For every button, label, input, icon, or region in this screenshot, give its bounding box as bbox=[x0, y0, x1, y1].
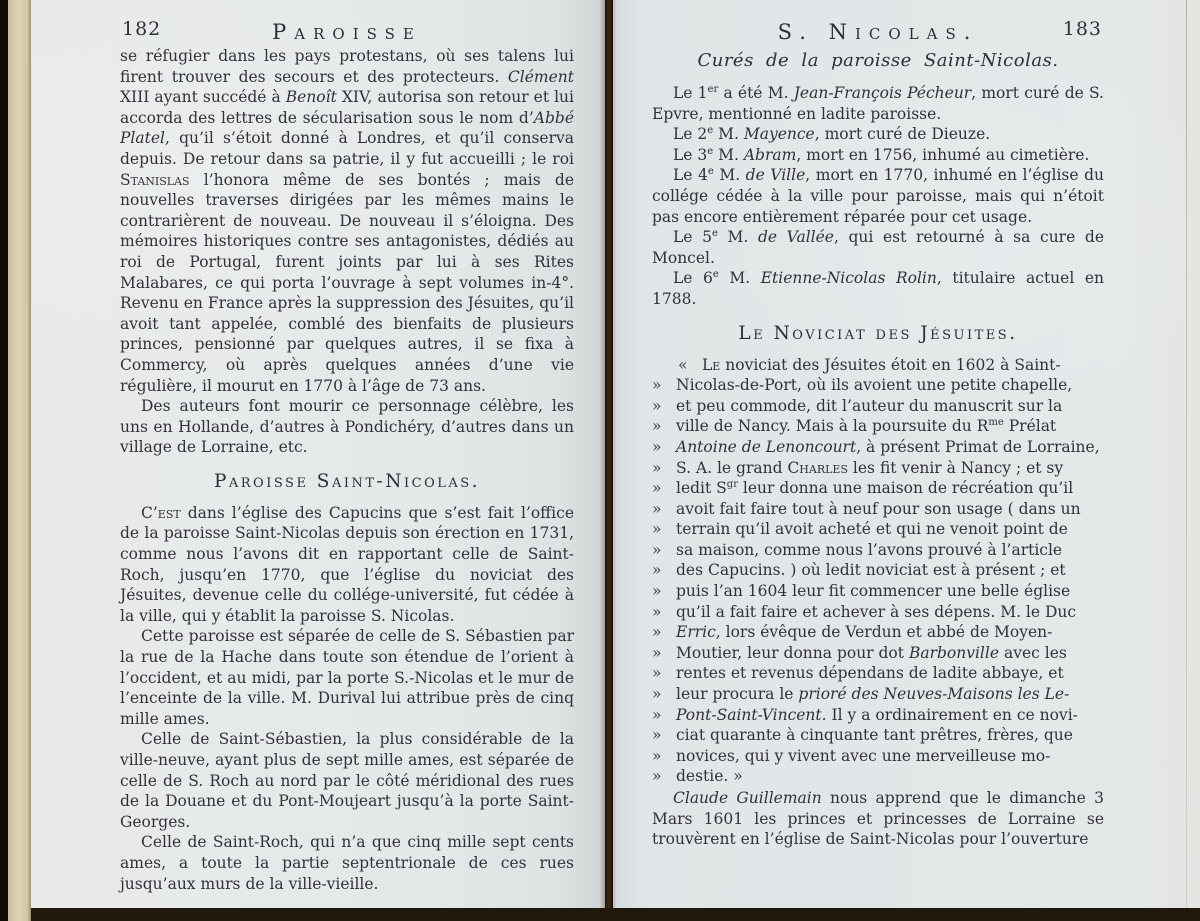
quote-line: »rentes et revenus dépendans de ladite a… bbox=[652, 663, 1104, 684]
right-running-title: S. Nicolas. bbox=[652, 20, 1104, 44]
guillemet-mark: » bbox=[652, 416, 676, 437]
right-page-header: S. Nicolas. 183 bbox=[652, 0, 1104, 46]
left-body-top: se réfugier dans les pays protestans, où… bbox=[120, 46, 574, 458]
quote-line: «Le noviciat des Jésuites étoit en 1602 … bbox=[652, 355, 1104, 376]
quote-line: »leur procura le prioré des Neuves-Maiso… bbox=[652, 684, 1104, 705]
guillemet-mark: » bbox=[652, 581, 676, 602]
quote-line: »avoit fait faire tout à neuf pour son u… bbox=[652, 499, 1104, 520]
paragraph: C’est dans l’église des Capucins que s’e… bbox=[120, 503, 574, 627]
quote-line-text: Erric, lors évêque de Verdun et abbé de … bbox=[676, 622, 1104, 643]
paragraph: se réfugier dans les pays protestans, où… bbox=[120, 46, 574, 396]
quote-line-text: ledit Sgr leur donna une maison de récré… bbox=[676, 478, 1104, 499]
paragraph: Cette paroisse est séparée de celle de S… bbox=[120, 626, 574, 729]
book-bottom-edge bbox=[8, 908, 1200, 921]
quote-line-text: qu’il a fait faire et achever à ses dépe… bbox=[676, 602, 1104, 623]
guillemet-mark: » bbox=[652, 478, 676, 499]
quote-line: »Antoine de Lenoncourt, à présent Primat… bbox=[652, 437, 1104, 458]
guillemet-mark: » bbox=[652, 396, 676, 417]
paragraph: Claude Guillemain nous apprend que le di… bbox=[652, 788, 1104, 850]
guillemet-mark: » bbox=[652, 622, 676, 643]
paragraph: Le 2e M. Mayence, mort curé de Dieuze. bbox=[652, 124, 1104, 145]
quote-line: »terrain qu’il avoit acheté et qui ne ve… bbox=[652, 519, 1104, 540]
left-running-title: Paroisse bbox=[120, 20, 574, 44]
quote-line-text: Le noviciat des Jésuites étoit en 1602 à… bbox=[702, 355, 1104, 376]
section-heading-noviciat-jesuites: Le Noviciat des Jésuites. bbox=[652, 323, 1104, 344]
quote-line-text: leur procura le prioré des Neuves-Maison… bbox=[676, 684, 1104, 705]
cures-list: Le 1er a été M. Jean-François Pécheur, m… bbox=[652, 83, 1104, 310]
quote-line: »destie. » bbox=[652, 766, 1104, 787]
quote-line-text: destie. » bbox=[676, 766, 1104, 787]
book-cover-edge bbox=[0, 0, 8, 921]
quote-line: »Erric, lors évêque de Verdun et abbé de… bbox=[652, 622, 1104, 643]
quote-line-text: Antoine de Lenoncourt, à présent Primat … bbox=[676, 437, 1104, 458]
guillemet-mark: » bbox=[652, 602, 676, 623]
paragraph: Le 1er a été M. Jean-François Pécheur, m… bbox=[652, 83, 1104, 124]
left-body-bottom: C’est dans l’église des Capucins que s’e… bbox=[120, 503, 574, 894]
guillemet-mark: » bbox=[652, 519, 676, 540]
guillemet-mark: » bbox=[652, 458, 676, 479]
paragraph: Celle de Saint-Roch, qui n’a que cinq mi… bbox=[120, 832, 574, 894]
quote-line-text: puis l’an 1604 leur fit commencer une be… bbox=[676, 581, 1104, 602]
left-page: 182 Paroisse se réfugier dans les pays p… bbox=[31, 0, 605, 908]
quote-line-text: rentes et revenus dépendans de ladite ab… bbox=[676, 663, 1104, 684]
guillemet-mark: » bbox=[652, 684, 676, 705]
quote-line: »S. A. le grand Charles les fit venir à … bbox=[652, 458, 1104, 479]
quote-line-text: et peu commode, dit l’auteur du manuscri… bbox=[676, 396, 1104, 417]
quote-line: »ville de Nancy. Mais à la poursuite du … bbox=[652, 416, 1104, 437]
quote-line: »novices, qui y vivent avec une merveill… bbox=[652, 746, 1104, 767]
guillemet-mark: » bbox=[652, 766, 676, 787]
guillemet-mark: » bbox=[652, 663, 676, 684]
quote-line-text: ciat quarante à cinquante tant prêtres, … bbox=[676, 725, 1104, 746]
quote-line: »puis l’an 1604 leur fit commencer une b… bbox=[652, 581, 1104, 602]
guillemet-mark: » bbox=[652, 705, 676, 726]
quote-line-text: terrain qu’il avoit acheté et qui ne ven… bbox=[676, 519, 1104, 540]
paragraph: Le 3e M. Abram, mort en 1756, inhumé au … bbox=[652, 145, 1104, 166]
quote-line: »ciat quarante à cinquante tant prêtres,… bbox=[652, 725, 1104, 746]
quote-line-text: Nicolas-de-Port, où ils avoient une peti… bbox=[676, 375, 1104, 396]
quote-line-text: S. A. le grand Charles les fit venir à N… bbox=[676, 458, 1104, 479]
quote-line: »des Capucins. ) où ledit noviciat est à… bbox=[652, 560, 1104, 581]
quote-line-text: avoit fait faire tout à neuf pour son us… bbox=[676, 499, 1104, 520]
quote-line-text: ville de Nancy. Mais à la poursuite du R… bbox=[676, 416, 1104, 437]
quote-line: »sa maison, comme nous l’avons prouvé à … bbox=[652, 540, 1104, 561]
guillemet-mark: » bbox=[652, 725, 676, 746]
right-page: S. Nicolas. 183 Curés de la paroisse Sai… bbox=[613, 0, 1200, 908]
guillemet-mark: » bbox=[652, 643, 676, 664]
quote-line-text: des Capucins. ) où ledit noviciat est à … bbox=[676, 560, 1104, 581]
guillemet-mark: » bbox=[652, 560, 676, 581]
quote-line: »Moutier, leur donna pour dot Barbonvill… bbox=[652, 643, 1104, 664]
paragraph: Celle de Saint-Sébastien, la plus consid… bbox=[120, 729, 574, 832]
guillemet-mark: » bbox=[652, 746, 676, 767]
paragraph: Le 5e M. de Vallée, qui est retourné à s… bbox=[652, 227, 1104, 268]
paragraph: Le 4e M. de Ville, mort en 1770, inhumé … bbox=[652, 165, 1104, 227]
cures-heading: Curés de la paroisse Saint-Nicolas. bbox=[652, 50, 1104, 71]
quote-line-text: novices, qui y vivent avec une merveille… bbox=[676, 746, 1104, 767]
guillemet-mark: » bbox=[652, 437, 676, 458]
quote-line-text: Pont-Saint-Vincent. Il y a ordinairement… bbox=[676, 705, 1104, 726]
guillemet-mark: » bbox=[652, 375, 676, 396]
guillemet-mark: » bbox=[652, 540, 676, 561]
left-page-header: 182 Paroisse bbox=[120, 0, 574, 46]
quote-line: »et peu commode, dit l’auteur du manuscr… bbox=[652, 396, 1104, 417]
paragraph: Le 6e M. Etienne-Nicolas Rolin, titulair… bbox=[652, 268, 1104, 309]
guillemet-mark: « bbox=[652, 355, 702, 376]
quote-line: »Nicolas-de-Port, où ils avoient une pet… bbox=[652, 375, 1104, 396]
right-page-text-column: S. Nicolas. 183 Curés de la paroisse Sai… bbox=[652, 0, 1104, 850]
noviciat-quote-block: «Le noviciat des Jésuites étoit en 1602 … bbox=[652, 355, 1104, 787]
quote-line: »Pont-Saint-Vincent. Il y a ordinairemen… bbox=[652, 705, 1104, 726]
left-page-number: 182 bbox=[122, 18, 161, 40]
left-page-text-column: 182 Paroisse se réfugier dans les pays p… bbox=[120, 0, 574, 894]
quote-line-text: sa maison, comme nous l’avons prouvé à l… bbox=[676, 540, 1104, 561]
quote-line: »qu’il a fait faire et achever à ses dép… bbox=[652, 602, 1104, 623]
section-heading-paroisse-saint-nicolas: Paroisse Saint-Nicolas. bbox=[120, 471, 574, 492]
book-spine-gutter bbox=[599, 0, 617, 908]
quote-line: »ledit Sgr leur donna une maison de récr… bbox=[652, 478, 1104, 499]
paragraph: Des auteurs font mourir ce personnage cé… bbox=[120, 396, 574, 458]
closing-paragraph: Claude Guillemain nous apprend que le di… bbox=[652, 788, 1104, 850]
right-page-number: 183 bbox=[1063, 18, 1102, 40]
quote-line-text: Moutier, leur donna pour dot Barbonville… bbox=[676, 643, 1104, 664]
guillemet-mark: » bbox=[652, 499, 676, 520]
book-spread-photo: 182 Paroisse se réfugier dans les pays p… bbox=[0, 0, 1200, 921]
page-fore-edge bbox=[8, 0, 31, 921]
